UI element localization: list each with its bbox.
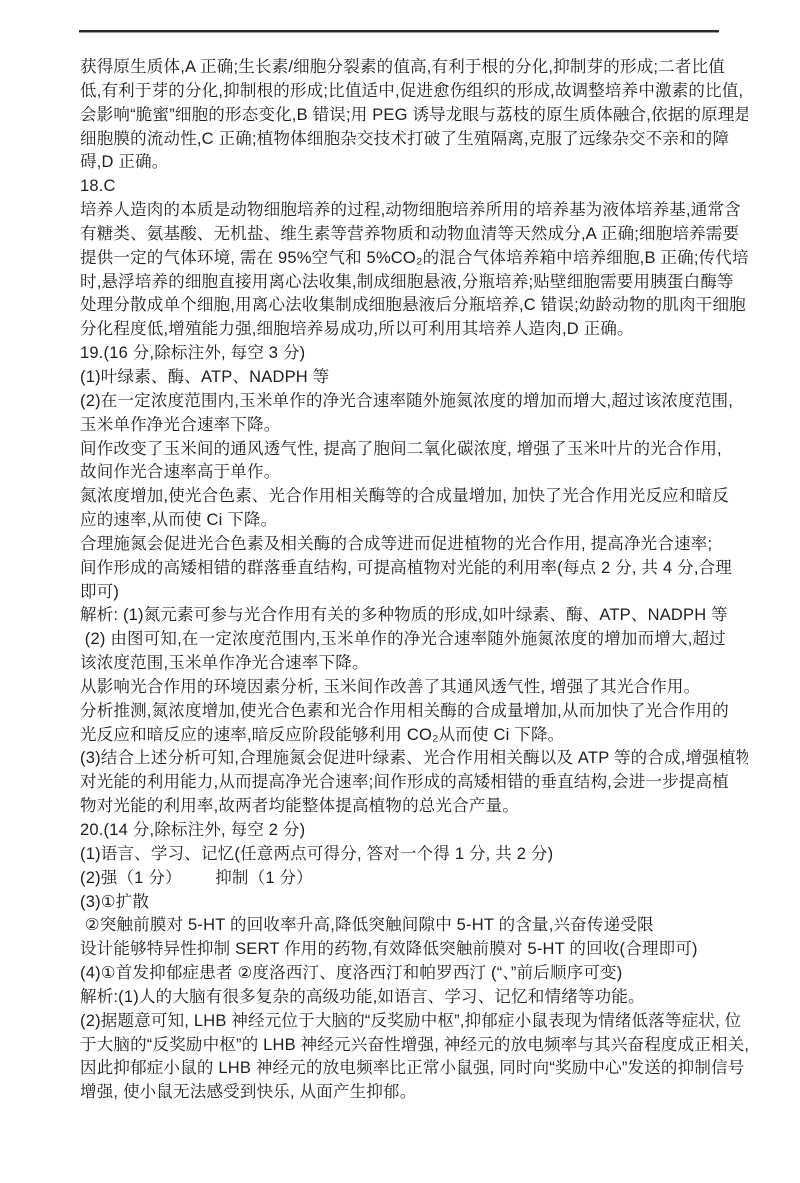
text-line-23: 即可) bbox=[80, 581, 748, 605]
text-line-31: 对光能的利用能力,从而提高净光合速率;间作形成的高矮相错的垂直结构,会进一步提高… bbox=[80, 771, 748, 795]
text-line-27: 从影响光合作用的环境因素分析, 玉米间作改善了其通风透气性, 增强了其光合作用。 bbox=[80, 676, 748, 700]
text-line-26: 该浓度范围,玉米单作净光合速率下降。 bbox=[80, 652, 748, 676]
text-line-1: 获得原生质体,A 正确;生长素/细胞分裂素的值高,有利于根的分化,抑制芽的形成;… bbox=[80, 56, 748, 80]
text-line-34: (1)语言、学习、记忆(任意两点可得分, 答对一个得 1 分, 共 2 分) bbox=[80, 843, 748, 867]
text-line-39: (4)①首发抑郁症患者 ②度洛西汀、度洛西汀和帕罗西汀 (“、”前后顺序可变) bbox=[80, 962, 748, 986]
text-line-15: (2)在一定浓度范围内,玉米单作的净光合速率随外施氮浓度的增加而增大,超过该浓度… bbox=[80, 390, 748, 414]
text-line-5: 碍,D 正确。 bbox=[80, 151, 748, 175]
answer-key-page: 获得原生质体,A 正确;生长素/细胞分裂素的值高,有利于根的分化,抑制芽的形成;… bbox=[0, 0, 800, 1183]
text-line-22: 间作形成的高矮相错的群落垂直结构, 可提高植物对光能的利用率(每点 2 分, 共… bbox=[80, 557, 748, 581]
text-line-21: 合理施氮会促进光合色素及相关酶的合成等进而促进植物的光合作用, 提高净光合速率; bbox=[80, 533, 748, 557]
text-line-30: (3)结合上述分析可知,合理施氮会促进叶绿素、光合作用相关酶以及 ATP 等的合… bbox=[80, 747, 748, 771]
text-line-44: 增强, 使小鼠无法感受到快乐, 从面产生抑郁。 bbox=[80, 1081, 748, 1105]
text-line-28: 分析推测,氮浓度增加,使光合色素和光合作用相关酶的合成量增加,从而加快了光合作用… bbox=[80, 700, 748, 724]
text-line-10: 时,悬浮培养的细胞直接用离心法收集,制成细胞悬液,分瓶培养;贴壁细胞需要用胰蛋白… bbox=[80, 271, 748, 295]
text-line-36: (3)①扩散 bbox=[80, 891, 748, 915]
text-line-17: 间作改变了玉米间的通风透气性, 提高了胞间二氧化碳浓度, 增强了玉米叶片的光合作… bbox=[80, 438, 748, 462]
text-line-38: 设计能够特异性抑制 SERT 作用的药物,有效降低突触前膜对 5-HT 的回收(… bbox=[80, 938, 748, 962]
text-line-18: 故间作光合速率高于单作。 bbox=[80, 461, 748, 485]
text-line-33: 20.(14 分,除标注外, 每空 2 分) bbox=[80, 819, 748, 843]
text-line-3: 会影响“脆蜜”细胞的形态变化,B 错误;用 PEG 诱导龙眼与荔枝的原生质体融合… bbox=[80, 104, 748, 128]
text-line-25: (2) 由图可知,在一定浓度范围内,玉米单作的净光合速率随外施氮浓度的增加而增大… bbox=[80, 628, 748, 652]
text-line-35: (2)强（1 分） 抑制（1 分） bbox=[80, 867, 748, 891]
text-line-42: 于大脑的“反奖励中枢”的 LHB 神经元兴奋性增强, 神经元的放电频率与其兴奋程… bbox=[80, 1034, 748, 1058]
text-line-24: 解析: (1)氮元素可参与光合作用有关的多种物质的形成,如叶绿素、酶、ATP、N… bbox=[80, 604, 748, 628]
text-line-29: 光反应和暗反应的速率,暗反应阶段能够利用 CO₂从而使 Ci 下降。 bbox=[80, 724, 748, 748]
text-line-41: (2)据题意可知, LHB 神经元位于大脑的“反奖励中枢”,抑郁症小鼠表现为情绪… bbox=[80, 1010, 748, 1034]
text-line-7: 培养人造肉的本质是动物细胞培养的过程,动物细胞培养所用的培养基为液体培养基,通常… bbox=[80, 199, 748, 223]
text-line-11: 处理分散成单个细胞,用离心法收集制成细胞悬液后分瓶培养,C 错误;幼龄动物的肌肉… bbox=[80, 294, 748, 318]
text-line-32: 物对光能的利用率,故两者均能整体提高植物的总光合产量。 bbox=[80, 795, 748, 819]
text-line-43: 因此抑郁症小鼠的 LHB 神经元的放电频率比正常小鼠强, 同时向“奖励中心”发送… bbox=[80, 1057, 748, 1081]
text-line-4: 细胞膜的流动性,C 正确;植物体细胞杂交技术打破了生殖隔离,克服了远缘杂交不亲和… bbox=[80, 128, 748, 152]
text-line-2: 低,有利于芽的分化,抑制根的形成;比值适中,促进愈伤组织的形成,故调整培养中激素… bbox=[80, 80, 748, 104]
text-line-19: 氮浓度增加,使光合色素、光合作用相关酶等的合成量增加, 加快了光合作用光反应和暗… bbox=[80, 485, 748, 509]
text-line-37: ②突触前膜对 5-HT 的回收率升高,降低突触间隙中 5-HT 的含量,兴奋传递… bbox=[80, 914, 748, 938]
text-line-12: 分化程度低,增殖能力强,细胞培养易成功,所以可利用其培养人造肉,D 正确。 bbox=[80, 318, 748, 342]
text-line-14: (1)叶绿素、酶、ATP、NADPH 等 bbox=[80, 366, 748, 390]
text-line-13: 19.(16 分,除标注外, 每空 3 分) bbox=[80, 342, 748, 366]
text-line-20: 应的速率,从而使 Ci 下降。 bbox=[80, 509, 748, 533]
text-line-40: 解析:(1)人的大脑有很多复杂的高级功能,如语言、学习、记忆和情绪等功能。 bbox=[80, 986, 748, 1010]
text-line-9: 提供一定的气体环境, 需在 95%空气和 5%CO₂的混合气体培养箱中培养细胞,… bbox=[80, 247, 748, 271]
document-text: 获得原生质体,A 正确;生长素/细胞分裂素的值高,有利于根的分化,抑制芽的形成;… bbox=[80, 56, 748, 1105]
text-line-8: 有糖类、氨基酸、无机盐、维生素等营养物质和动物血清等天然成分,A 正确;细胞培养… bbox=[80, 223, 748, 247]
top-divider-rule bbox=[79, 30, 719, 33]
text-line-16: 玉米单作净光合速率下降。 bbox=[80, 414, 748, 438]
text-line-6: 18.C bbox=[80, 175, 748, 199]
